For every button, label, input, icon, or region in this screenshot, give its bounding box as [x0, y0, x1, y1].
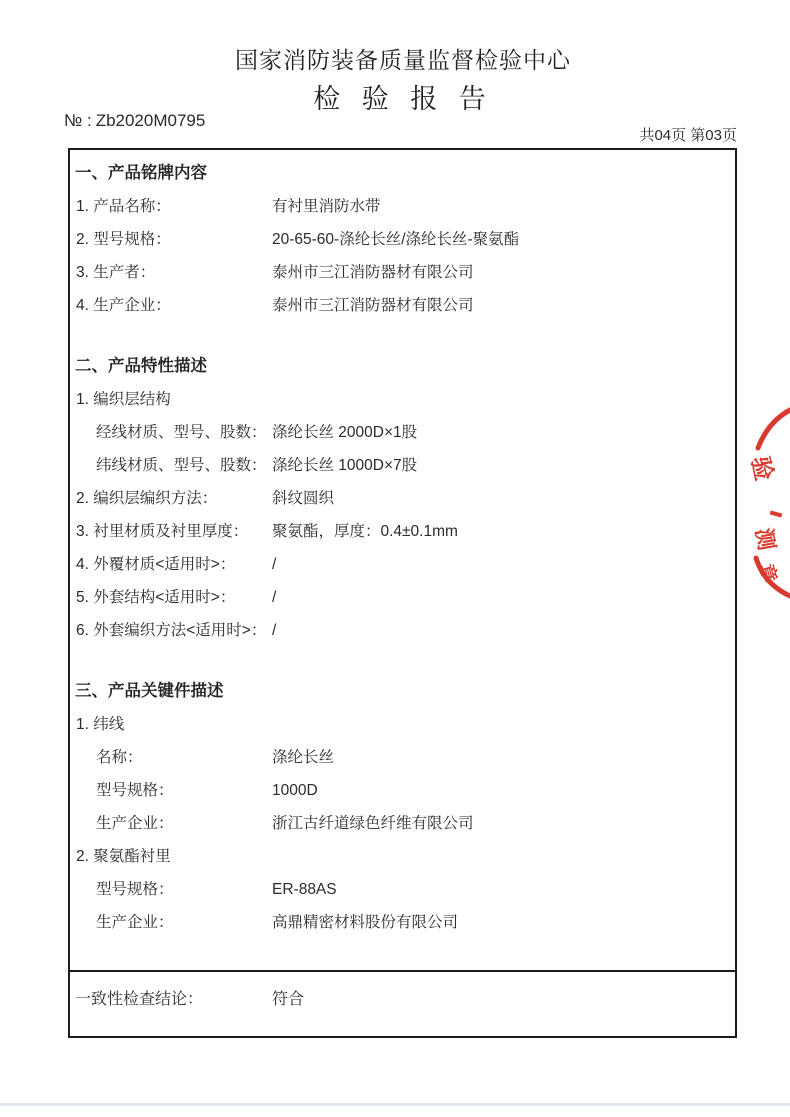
- field-value: 聚氨酯，厚度：0.4±0.1mm: [272, 515, 458, 548]
- field-row: 型号规格：1000D: [70, 774, 735, 807]
- seal-char-3: 章: [756, 561, 781, 584]
- section-title: 一、产品铭牌内容: [70, 156, 735, 190]
- field-row: 1. 产品名称：有衬里消防水带: [70, 190, 735, 223]
- report-page: 国家消防装备质量监督检验中心 检 验 报 告 № :Zb2020M0795 共0…: [0, 0, 790, 1117]
- field-label: 生产企业：: [96, 914, 174, 931]
- field-value: /: [272, 581, 276, 614]
- report-body-content: 一、产品铭牌内容1. 产品名称：有衬里消防水带2. 型号规格：20-65-60-…: [70, 150, 735, 970]
- field-row: 生产企业：浙江古纤道绿色纤维有限公司: [70, 807, 735, 840]
- conclusion-value: 符合: [272, 986, 304, 1009]
- field-label: 4. 外覆材质<适用时>：: [76, 556, 235, 573]
- scan-bottom-edge: [0, 1103, 790, 1106]
- field-label: 5. 外套结构<适用时>：: [76, 589, 235, 606]
- field-value: /: [272, 548, 276, 581]
- field-row: 经线材质、型号、股数：涤纶长丝 2000D×1股: [70, 416, 735, 449]
- field-value: 泰州市三江消防器材有限公司: [272, 256, 474, 289]
- field-label: 名称：: [96, 749, 143, 766]
- red-seal-stamp: 验 测 章: [744, 406, 790, 601]
- field-label: 1. 纬线: [76, 716, 124, 733]
- field-label: 型号规格：: [96, 881, 174, 898]
- field-label: 1. 编织层结构: [76, 391, 171, 408]
- field-row: 4. 生产企业：泰州市三江消防器材有限公司: [70, 289, 735, 322]
- field-label: 2. 编织层编织方法：: [76, 490, 217, 507]
- field-row: 1. 纬线: [70, 708, 735, 741]
- field-row: 6. 外套编织方法<适用时>：/: [70, 614, 735, 647]
- page-info: 共04页 第03页: [639, 124, 737, 145]
- report-number-value: Zb2020M0795: [96, 111, 206, 130]
- org-title: 国家消防装备质量监督检验中心: [68, 42, 738, 75]
- field-row: 4. 外覆材质<适用时>：/: [70, 548, 735, 581]
- field-label: 4. 生产企业：: [76, 297, 171, 314]
- field-label: 3. 衬里材质及衬里厚度：: [76, 523, 248, 540]
- section-title: 三、产品关键件描述: [70, 674, 735, 708]
- field-label: 生产企业：: [96, 815, 174, 832]
- field-label: 2. 型号规格：: [76, 231, 171, 248]
- field-row: 型号规格：ER-88AS: [70, 873, 735, 906]
- field-value: /: [272, 614, 276, 647]
- section-title: 二、产品特性描述: [70, 349, 735, 383]
- field-value: 1000D: [272, 774, 318, 807]
- field-label: 2. 聚氨酯衬里: [76, 848, 171, 865]
- field-value: 浙江古纤道绿色纤维有限公司: [272, 807, 474, 840]
- field-row: 3. 生产者：泰州市三江消防器材有限公司: [70, 256, 735, 289]
- field-label: 型号规格：: [96, 782, 174, 799]
- conclusion-label: 一致性检查结论：: [75, 986, 203, 1009]
- field-label: 经线材质、型号、股数：: [96, 424, 267, 441]
- conclusion-row: 一致性检查结论： 符合: [70, 970, 735, 1036]
- field-value: ER-88AS: [272, 873, 337, 906]
- field-value: 涤纶长丝: [272, 741, 334, 774]
- field-row: 3. 衬里材质及衬里厚度：聚氨酯，厚度：0.4±0.1mm: [70, 515, 735, 548]
- report-body-box: 一、产品铭牌内容1. 产品名称：有衬里消防水带2. 型号规格：20-65-60-…: [68, 148, 737, 1038]
- field-label: 纬线材质、型号、股数：: [96, 457, 267, 474]
- field-row: 2. 编织层编织方法：斜纹圆织: [70, 482, 735, 515]
- field-row: 纬线材质、型号、股数：涤纶长丝 1000D×7股: [70, 449, 735, 482]
- field-row: 2. 型号规格：20-65-60-涤纶长丝/涤纶长丝-聚氨酯: [70, 223, 735, 256]
- report-number-label: № :: [64, 111, 92, 130]
- field-value: 涤纶长丝 2000D×1股: [272, 416, 417, 449]
- field-row: 1. 编织层结构: [70, 383, 735, 416]
- field-value: 涤纶长丝 1000D×7股: [272, 449, 417, 482]
- field-row: 5. 外套结构<适用时>：/: [70, 581, 735, 614]
- field-value: 20-65-60-涤纶长丝/涤纶长丝-聚氨酯: [272, 223, 519, 256]
- field-row: 生产企业：高鼎精密材料股份有限公司: [70, 906, 735, 939]
- seal-char-2: 测: [751, 526, 779, 552]
- field-value: 有衬里消防水带: [272, 190, 381, 223]
- seal-char-1: 验: [746, 454, 778, 483]
- field-label: 6. 外套编织方法<适用时>：: [76, 622, 266, 639]
- field-row: 2. 聚氨酯衬里: [70, 840, 735, 873]
- field-value: 斜纹圆织: [272, 482, 334, 515]
- field-value: 泰州市三江消防器材有限公司: [272, 289, 474, 322]
- field-label: 1. 产品名称：: [76, 198, 171, 215]
- report-number-line: № :Zb2020M0795: [64, 111, 205, 131]
- field-row: 名称：涤纶长丝: [70, 741, 735, 774]
- red-seal-graphic: 验 测 章: [744, 406, 790, 601]
- field-label: 3. 生产者：: [76, 264, 155, 281]
- field-value: 高鼎精密材料股份有限公司: [272, 906, 458, 939]
